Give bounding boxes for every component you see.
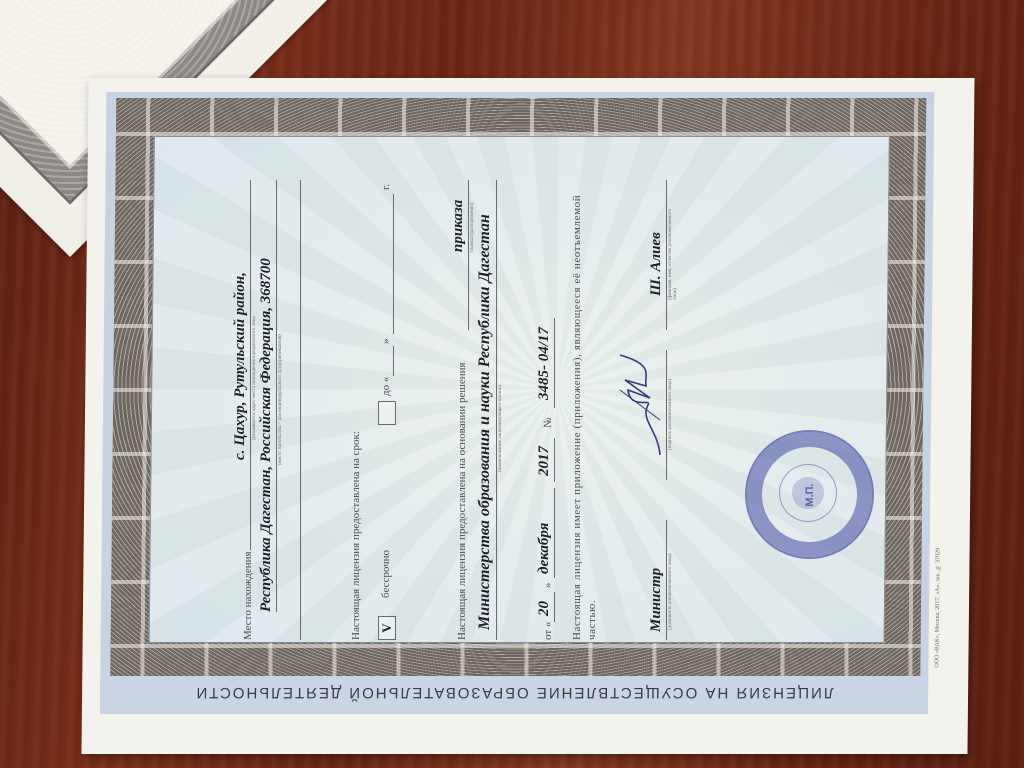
printer-note: ООО «ВАК», Москва, 2017, «А», зак. № 379… [934, 548, 941, 668]
blank-rule [300, 180, 301, 640]
location-line1: с. Цахур, Рутульский район, [232, 272, 249, 460]
location-line2: Республика Дагестан, Российская Федераци… [258, 258, 275, 612]
location-label: Место нахождения [242, 551, 254, 640]
until-prefix: до « [380, 377, 392, 396]
position-caption: (должность уполномоченного лица) [668, 540, 673, 630]
order-year-rule [554, 438, 555, 482]
location-caption2: (место жительства – для индивидуального … [278, 334, 283, 465]
location-line1-rule [250, 180, 251, 550]
order-day: 20 [536, 601, 553, 616]
order-number: 3485- 04/17 [536, 327, 553, 400]
appendix-note: Настоящая лицензия имеет приложение (при… [570, 170, 600, 640]
position-rule [666, 520, 667, 640]
authority-caption: (наименование лицензирующего органа) [498, 385, 503, 472]
unlimited-checkbox: V [378, 616, 396, 640]
seal-center-text: М.П. [804, 483, 816, 506]
basis-label: Настоящая лицензия предоставлена на осно… [456, 362, 468, 640]
order-day-rule [554, 592, 555, 622]
license-title: ЛИЦЕНЗИЯ НА ОСУЩЕСТВЛЕНИЕ ОБРАЗОВАТЕЛЬНО… [100, 684, 928, 701]
order-day-suffix: » [542, 583, 554, 589]
order-year: 2017 [536, 446, 553, 476]
decision-caption: (приказ/распоряжение) [470, 203, 475, 252]
order-number-sign: № [542, 418, 554, 429]
unlimited-label: бессрочно [380, 550, 392, 598]
order-month-rule [554, 488, 555, 578]
until-mid: » [380, 339, 392, 345]
name-caption: (фамилия, имя, отчество уполномоченного … [668, 200, 678, 300]
name-rule [666, 180, 667, 330]
term-label: Настоящая лицензия предоставлена на срок… [350, 431, 362, 640]
until-suffix: г. [380, 184, 392, 190]
handwritten-signature [610, 350, 670, 460]
license-content: Место нахождения с. Цахур, Рутульский ра… [150, 170, 850, 640]
until-checkbox [378, 401, 396, 425]
location-line2-rule [276, 180, 277, 612]
decision-type: приказа [450, 200, 467, 252]
signer-position: Министр [648, 568, 665, 632]
until-date-rule [393, 194, 394, 334]
order-from-prefix: от « [542, 622, 554, 640]
authority-rule [496, 180, 497, 640]
signer-name: Ш. Алиев [648, 232, 665, 296]
order-month: декабря [536, 523, 553, 574]
until-day-rule [393, 346, 394, 376]
licensing-authority: Министерства образования и науки Республ… [476, 214, 494, 630]
official-seal: М.П. [745, 430, 874, 559]
decision-rule [468, 180, 469, 330]
order-number-rule [554, 318, 555, 408]
location-caption1: (указывается адрес места нахождения юрид… [252, 316, 257, 440]
footer-band: ЛИЦЕНЗИЯ НА ОСУЩЕСТВЛЕНИЕ ОБРАЗОВАТЕЛЬНО… [100, 676, 928, 714]
